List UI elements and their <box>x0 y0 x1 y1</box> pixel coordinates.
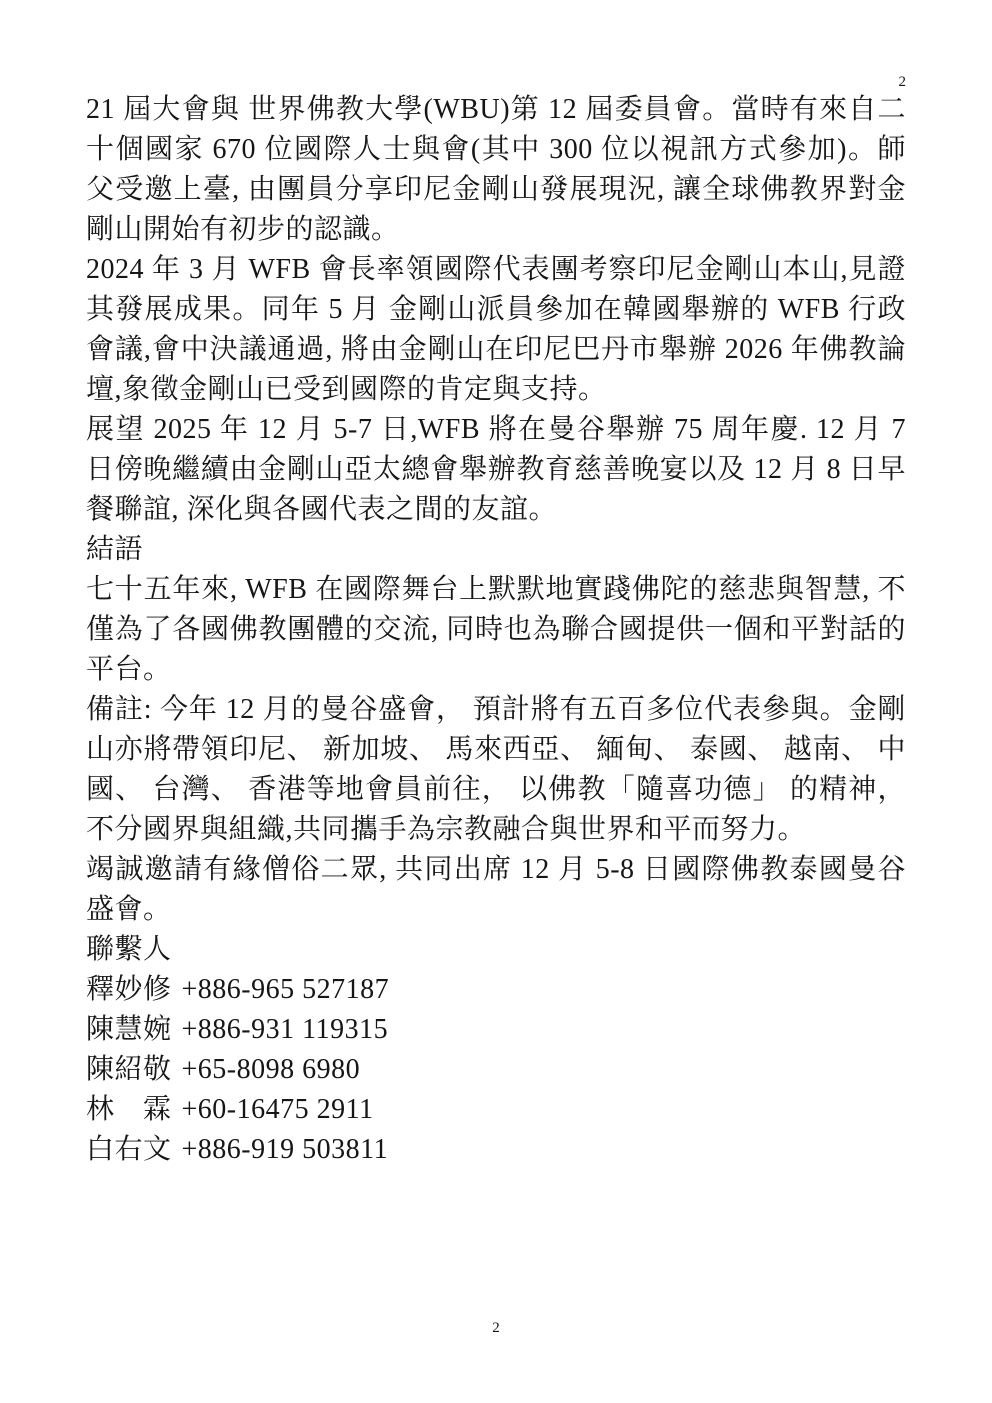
contact-phone: +60-16475 2911 <box>182 1094 374 1125</box>
contact-phone: +886-965 527187 <box>182 974 390 1005</box>
contact-phone: +886-919 503811 <box>182 1134 389 1165</box>
contact-row: 陳慧婉+886-931 119315 <box>86 1010 906 1050</box>
remark-paragraph: 備註: 今年 12 月的曼谷盛會， 預計將有五百多位代表參與。金剛山亦將帶領印尼… <box>86 690 906 850</box>
contact-row: 林 霖+60-16475 2911 <box>86 1090 906 1130</box>
conclusion-paragraph: 七十五年來, WFB 在國際舞台上默默地實踐佛陀的慈悲與智慧, 不僅為了各國佛教… <box>86 570 906 690</box>
contact-name: 白右文 <box>86 1134 172 1165</box>
contact-row: 釋妙修+886-965 527187 <box>86 970 906 1010</box>
footer-page-number: 2 <box>0 1320 992 1337</box>
contact-row: 白右文+886-919 503811 <box>86 1130 906 1170</box>
paragraph-outlook-2025: 展望 2025 年 12 月 5-7 日,WFB 將在曼谷舉辦 75 周年慶. … <box>86 410 906 530</box>
conclusion-heading: 結語 <box>86 530 906 570</box>
paragraph-wbu-committee: 21 屆大會與 世界佛教大學(WBU)第 12 屆委員會。當時有來自二十個國家 … <box>86 90 906 250</box>
header-page-number: 2 <box>0 74 906 91</box>
contact-name: 陳慧婉 <box>86 1014 172 1045</box>
contact-phone: +886-931 119315 <box>182 1014 389 1045</box>
document-page: 2 21 屆大會與 世界佛教大學(WBU)第 12 屆委員會。當時有來自二十個國… <box>0 0 992 1403</box>
paragraph-wfb-2024: 2024 年 3 月 WFB 會長率領國際代表團考察印尼金剛山本山,見證其發展成… <box>86 250 906 410</box>
contact-name: 釋妙修 <box>86 974 172 1005</box>
contact-name: 陳紹敬 <box>86 1054 172 1085</box>
contact-phone: +65-8098 6980 <box>182 1054 361 1085</box>
document-body: 21 屆大會與 世界佛教大學(WBU)第 12 屆委員會。當時有來自二十個國家 … <box>86 90 906 1170</box>
invitation-paragraph: 竭誠邀請有緣僧俗二眾, 共同出席 12 月 5-8 日國際佛教泰國曼谷盛會。 <box>86 850 906 930</box>
contact-row: 陳紹敬+65-8098 6980 <box>86 1050 906 1090</box>
contact-name: 林 霖 <box>86 1094 172 1125</box>
contacts-heading: 聯繫人 <box>86 930 906 970</box>
